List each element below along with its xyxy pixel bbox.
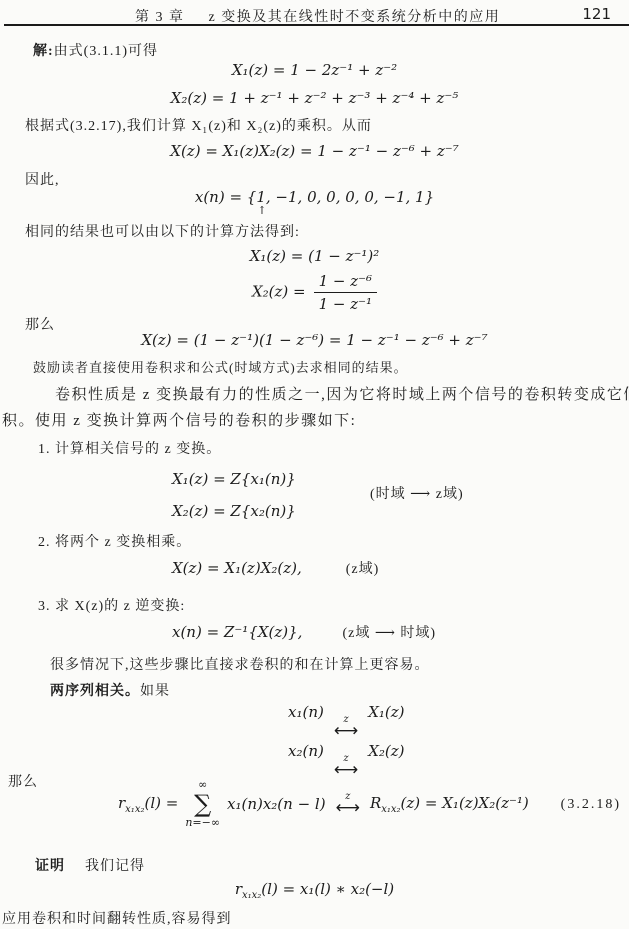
book-page: 第 3 章 z 变换及其在线性时不变系统分析中的应用 121 解:由式(3.1.…	[0, 0, 629, 929]
sum-lower-limit: n=−∞	[185, 817, 220, 829]
eq318-mid: x₁(n)x₂(n − l)	[227, 795, 326, 813]
eq318-lhs: rx₁x₂(l) =	[118, 794, 178, 815]
sequence-origin-sample: 1↑	[256, 188, 266, 206]
chapter-title: z 变换及其在线性时不变系统分析中的应用	[209, 10, 501, 25]
z-transform-pair-arrow-icon: z⟷	[336, 792, 360, 817]
solution-intro-text: 由式(3.1.1)可得	[54, 44, 158, 59]
proof-r-base: r	[235, 880, 242, 898]
equation-expanded-text: X(z) = (1 − z⁻¹)(1 − z⁻⁶) = 1 − z⁻¹ − z⁻…	[141, 331, 487, 349]
summation-icon: ∞∑n=−∞	[185, 779, 220, 830]
eq318-R-base: R	[370, 794, 381, 812]
paragraph-product: 根据式(3.2.17),我们计算 X₁(z)和 X₂(z)的乘积。从而	[25, 115, 372, 135]
equation-x1-text: X₁(z) = 1 − 2z⁻¹ + z⁻²	[232, 61, 397, 79]
eq318-r-sub: x₁x₂	[125, 804, 144, 815]
running-head: 第 3 章 z 变换及其在线性时不变系统分析中的应用	[135, 6, 500, 26]
correlation-label: 两序列相关。	[50, 684, 140, 699]
paragraph-easier: 很多情况下,这些步骤比直接求卷积的和在计算上更容易。	[50, 654, 430, 674]
zarrow-symbol: ⟷	[334, 723, 358, 740]
header-rule	[4, 24, 629, 26]
correlation-if: 如果	[140, 684, 170, 699]
equation-step3: x(n) = Z⁻¹{X(z)},(z域 ⟶ 时域)	[172, 622, 436, 642]
proof-lead: 证明我们记得	[35, 855, 145, 875]
proof-rest: (l) = x₁(l) ∗ x₂(−l)	[261, 880, 394, 898]
zarrow-symbol: ⟷	[336, 800, 360, 817]
equation-x2: X₂(z) = 1 + z⁻¹ + z⁻² + z⁻³ + z⁻⁴ + z⁻⁵	[0, 89, 629, 107]
eq318-lhs-rest: (l) =	[144, 794, 178, 812]
equation-3-2-18: rx₁x₂(l) = ∞∑n=−∞ x₁(n)x₂(n − l) z⟷ Rx₁x…	[118, 779, 529, 830]
step-1: 1. 计算相关信号的 z 变换。	[38, 438, 221, 458]
fraction: 1 − z⁻⁶1 − z⁻¹	[314, 272, 377, 313]
equation-step3-text: x(n) = Z⁻¹{X(z)},	[172, 623, 302, 641]
label-time-to-z: (时域 ⟶ z域)	[370, 483, 464, 503]
page-number: 121	[582, 5, 611, 23]
equation-x1-alt: X₁(z) = (1 − z⁻¹)²	[0, 247, 629, 265]
equation-step2-text: X(z) = X₁(z)X₂(z),	[172, 559, 302, 577]
corr1-rhs: X₁(z)	[368, 703, 404, 721]
zarrow-symbol: ⟷	[334, 762, 358, 779]
equation-x1: X₁(z) = 1 − 2z⁻¹ + z⁻²	[0, 61, 629, 79]
equation-step1a-text: X₁(z) = Z{x₁(n)}	[172, 470, 296, 488]
equation-corr2: x₂(n)z⟷X₂(z)	[288, 742, 405, 779]
paragraph-encourage: 鼓励读者直接使用卷积求和公式(时域方式)去求相同的结果。	[33, 357, 408, 376]
fraction-lhs: X₂(z) =	[252, 283, 306, 301]
eq318-rhs: Rx₁x₂(z) = X₁(z)X₂(z⁻¹)	[370, 794, 529, 815]
paragraph-therefore: 因此,	[25, 169, 60, 189]
proof-r-sub: x₁x₂	[242, 890, 261, 901]
corr2-rhs: X₂(z)	[368, 742, 404, 760]
equation-product-text: X(z) = X₁(z)X₂(z) = 1 − z⁻¹ − z⁻⁶ + z⁻⁷	[170, 142, 458, 160]
fraction-numerator: 1 − z⁻⁶	[314, 272, 377, 293]
equation-x1-alt-text: X₁(z) = (1 − z⁻¹)²	[250, 247, 380, 265]
paragraph-apply: 应用卷积和时间翻转性质,容易得到	[2, 908, 232, 928]
sequence-rest: , −1, 0, 0, 0, 0, −1, 1}	[266, 188, 434, 206]
equation-sequence: x(n) = {1↑, −1, 0, 0, 0, 0, −1, 1}	[0, 188, 629, 206]
corr2-lhs: x₂(n)	[288, 742, 324, 760]
step-3: 3. 求 X(z)的 z 逆变换:	[38, 595, 185, 615]
chapter-label: 第 3 章	[135, 10, 185, 25]
paragraph-same-result: 相同的结果也可以由以下的计算方法得到:	[25, 221, 300, 241]
equation-step2: X(z) = X₁(z)X₂(z),(z域)	[172, 558, 379, 578]
equation-expanded: X(z) = (1 − z⁻¹)(1 − z⁻⁶) = 1 − z⁻¹ − z⁻…	[0, 331, 629, 349]
sum-symbol: ∑	[194, 791, 211, 817]
paragraph-then-2: 那么	[8, 771, 38, 791]
label-z-to-time: (z域 ⟶ 时域)	[342, 626, 436, 641]
equation-step1a: X₁(z) = Z{x₁(n)}	[172, 470, 296, 488]
sequence-prefix: x(n) = {	[195, 188, 256, 206]
label-z-domain: (z域)	[346, 562, 380, 577]
time-origin-arrow-icon: ↑	[257, 204, 266, 217]
solution-label: 解:	[33, 44, 54, 59]
paragraph-convolution-line1: 卷积性质是 z 变换最有力的性质之一,因为它将时域上两个信号的卷积转变成它们变换…	[55, 383, 629, 404]
z-transform-pair-arrow-icon: z⟷	[334, 754, 358, 779]
eq318-R-sub: x₁x₂	[381, 804, 400, 815]
equation-product: X(z) = X₁(z)X₂(z) = 1 − z⁻¹ − z⁻⁶ + z⁻⁷	[0, 142, 629, 160]
paragraph-convolution-line2: 积。使用 z 变换计算两个信号的卷积的步骤如下:	[2, 409, 356, 430]
eq318-rhs-rest: (z) = X₁(z)X₂(z⁻¹)	[401, 794, 529, 812]
equation-step1b-text: X₂(z) = Z{x₂(n)}	[172, 502, 296, 520]
equation-step1b: X₂(z) = Z{x₂(n)}	[172, 502, 296, 520]
equation-x2-text: X₂(z) = 1 + z⁻¹ + z⁻² + z⁻³ + z⁻⁴ + z⁻⁵	[171, 89, 459, 107]
equation-number: (3.2.18)	[561, 797, 621, 813]
z-transform-pair-arrow-icon: z⟷	[334, 715, 358, 740]
proof-label: 证明	[35, 859, 65, 874]
step-2: 2. 将两个 z 变换相乘。	[38, 531, 191, 551]
solution-intro-line: 解:由式(3.1.1)可得	[33, 40, 158, 60]
proof-text: 我们记得	[85, 859, 145, 874]
equation-proof: rx₁x₂(l) = x₁(l) ∗ x₂(−l)	[0, 880, 629, 901]
corr1-lhs: x₁(n)	[288, 703, 324, 721]
correlation-lead: 两序列相关。如果	[50, 680, 170, 700]
fraction-denominator: 1 − z⁻¹	[314, 293, 377, 313]
equation-x2-fraction: X₂(z) =1 − z⁻⁶1 − z⁻¹	[0, 272, 629, 313]
equation-corr1: x₁(n)z⟷X₁(z)	[288, 703, 405, 740]
